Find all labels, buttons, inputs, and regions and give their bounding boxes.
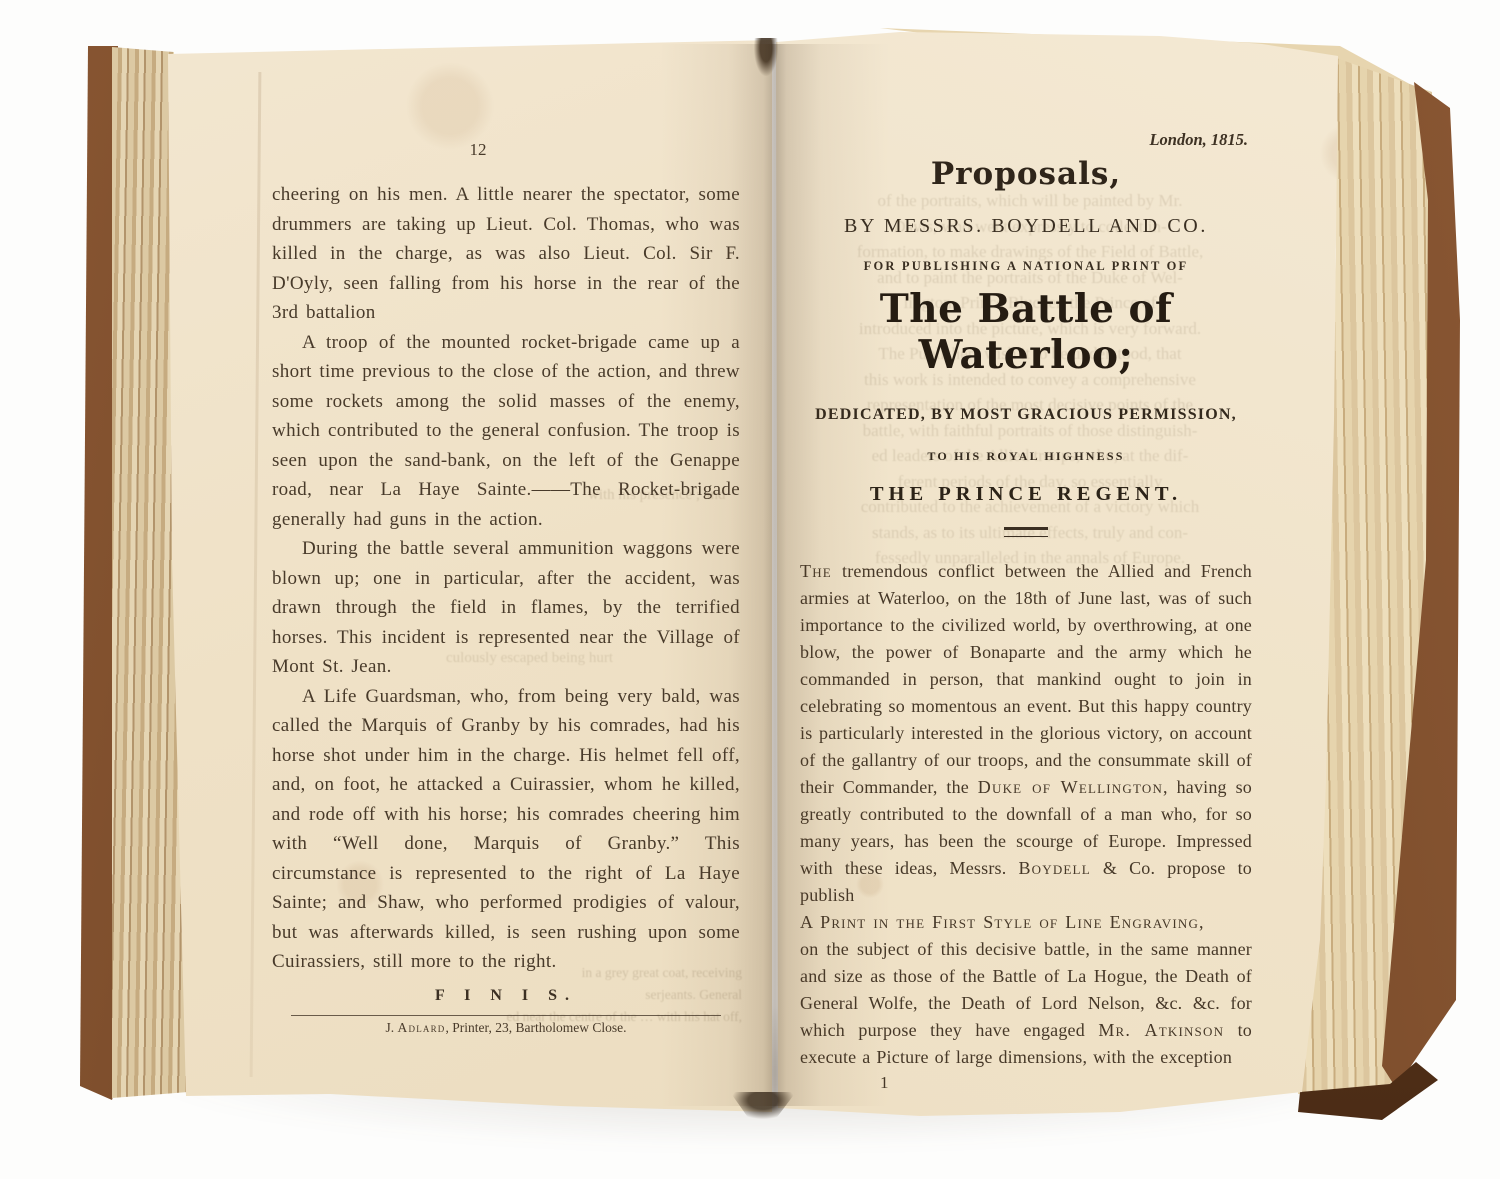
- dedication-line: DEDICATED, BY MOST GRACIOUS PERMISSION,: [800, 406, 1252, 424]
- imprint-rule: [291, 1015, 721, 1016]
- double-rule-divider: [1004, 527, 1048, 537]
- gutter-top-notch: [754, 38, 778, 76]
- publisher-line: BY MESSRS. BOYDELL AND CO.: [800, 215, 1252, 238]
- royal-highness-line: TO HIS ROYAL HIGHNESS: [800, 449, 1252, 464]
- prince-regent-line: THE PRINCE REGENT.: [800, 483, 1252, 506]
- photo-background: of the portraits, which will be painted …: [0, 0, 1500, 1179]
- paragraph: cheering on his men. A little nearer the…: [272, 180, 740, 328]
- printer-imprint: J. Adlard, Printer, 23, Bartholomew Clos…: [272, 1020, 740, 1036]
- finis-label: F I N I S.: [272, 987, 740, 1005]
- dateline: London, 1815.: [800, 130, 1252, 150]
- paragraph: A troop of the mounted rocket-brigade ca…: [272, 328, 740, 535]
- print-announcement-line: FOR PUBLISHING A NATIONAL PRINT OF: [800, 259, 1252, 274]
- page-number: 12: [244, 140, 712, 160]
- body-paragraph: on the subject of this decisive battle, …: [800, 936, 1252, 1071]
- right-page-text: London, 1815. Proposals, BY MESSRS. BOYD…: [800, 130, 1252, 1093]
- signature-mark: 1: [800, 1073, 1252, 1093]
- engraving-line: A Print in the First Style of Line Engra…: [800, 909, 1252, 936]
- proposals-heading: Proposals,: [800, 156, 1252, 192]
- paragraph: A Life Guardsman, who, from being very b…: [272, 682, 740, 977]
- paragraph: During the battle several ammunition wag…: [272, 534, 740, 682]
- main-title: The Battle of Waterloo;: [800, 286, 1252, 378]
- body-paragraph: The tremendous conflict between the Alli…: [800, 558, 1252, 909]
- left-page-text: 12 cheering on his men. A little nearer …: [272, 140, 740, 1036]
